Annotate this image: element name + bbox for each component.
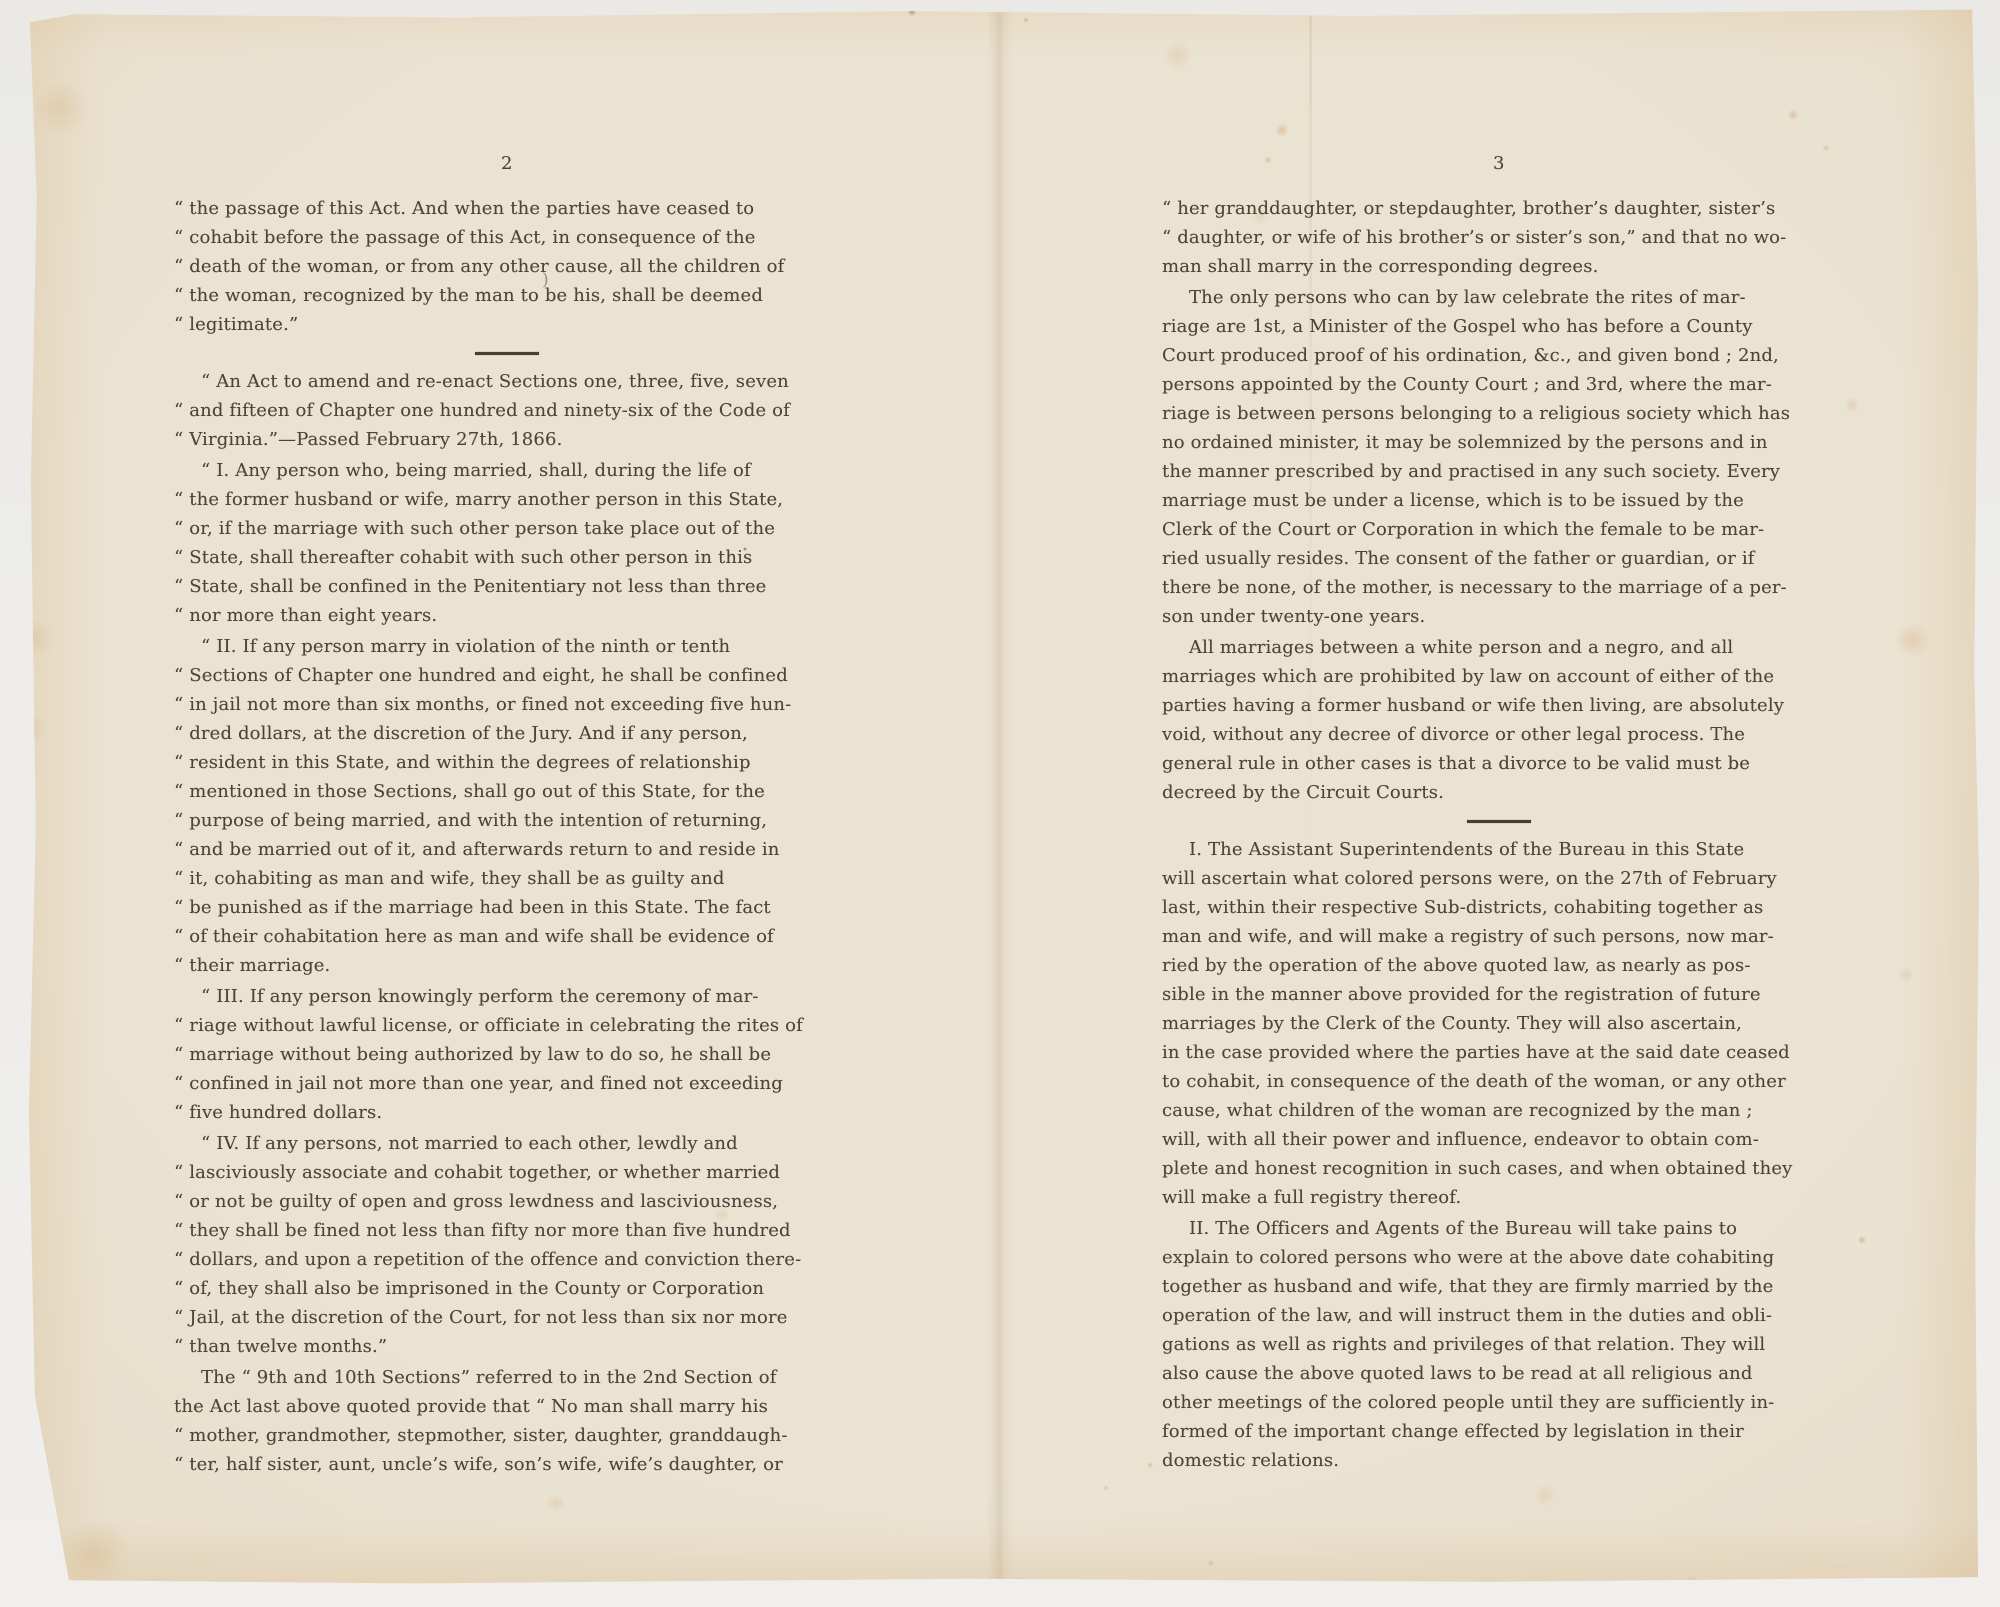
paragraph: “ II. If any person marry in violation o…	[174, 632, 840, 980]
text-line: decreed by the Circuit Courts.	[1162, 778, 1836, 807]
text-line: marriages which are prohibited by law on…	[1162, 662, 1836, 691]
text-line: formed of the important change effected …	[1162, 1417, 1836, 1446]
text-line: Court produced proof of his ordination, …	[1162, 341, 1836, 370]
paragraph: The only persons who can by law celebrat…	[1162, 283, 1836, 631]
paragraph: “ her granddaughter, or stepdaughter, br…	[1162, 194, 1836, 281]
text-line: sible in the manner above provided for t…	[1162, 980, 1836, 1009]
text-line: there be none, of the mother, is necessa…	[1162, 573, 1836, 602]
text-line: void, without any decree of divorce or o…	[1162, 720, 1836, 749]
text-line: ried by the operation of the above quote…	[1162, 951, 1836, 980]
text-line: operation of the law, and will instruct …	[1162, 1301, 1836, 1330]
text-line: the Act last above quoted provide that “…	[174, 1392, 840, 1421]
text-line: “ in jail not more than six months, or f…	[174, 690, 840, 719]
text-line: The only persons who can by law celebrat…	[1162, 283, 1836, 312]
text-line: “ mother, grandmother, stepmother, siste…	[174, 1421, 840, 1450]
text-line: “ Virginia.”—Passed February 27th, 1866.	[174, 425, 840, 454]
text-line: “ than twelve months.”	[174, 1332, 840, 1361]
text-line: “ of, they shall also be imprisoned in t…	[174, 1274, 840, 1303]
text-line: “ III. If any person knowingly perform t…	[174, 982, 840, 1011]
text-line: “ five hundred dollars.	[174, 1098, 840, 1127]
text-line: “ their marriage.	[174, 951, 840, 980]
text-line: the manner prescribed by and practised i…	[1162, 457, 1836, 486]
text-line: man shall marry in the corresponding deg…	[1162, 252, 1836, 281]
page-number: 2	[174, 150, 840, 178]
text-line: “ her granddaughter, or stepdaughter, br…	[1162, 194, 1836, 223]
paragraph: “ I. Any person who, being married, shal…	[174, 456, 840, 630]
text-line: “ lasciviously associate and cohabit tog…	[174, 1158, 840, 1187]
text-line: “ confined in jail not more than one yea…	[174, 1069, 840, 1098]
scan-background: ) 2 “ the passage of this Act. And when …	[0, 0, 2000, 1607]
text-line: All marriages between a white person and…	[1162, 633, 1836, 662]
text-line: marriage must be under a license, which …	[1162, 486, 1836, 515]
text-line: persons appointed by the County Court ; …	[1162, 370, 1836, 399]
text-line: “ legitimate.”	[174, 310, 840, 339]
page-body: “ her granddaughter, or stepdaughter, br…	[1162, 194, 1836, 1475]
section-divider	[1467, 820, 1531, 823]
text-line: riage are 1st, a Minister of the Gospel …	[1162, 312, 1836, 341]
text-line: man and wife, and will make a registry o…	[1162, 922, 1836, 951]
text-line: “ they shall be fined not less than fift…	[174, 1216, 840, 1245]
text-line: “ mentioned in those Sections, shall go …	[174, 777, 840, 806]
text-line: other meetings of the colored people unt…	[1162, 1388, 1836, 1417]
text-line: domestic relations.	[1162, 1446, 1836, 1475]
text-line: The “ 9th and 10th Sections” referred to…	[174, 1363, 840, 1392]
text-line: “ I. Any person who, being married, shal…	[174, 456, 840, 485]
paragraph: “ the passage of this Act. And when the …	[174, 194, 840, 339]
page-body: “ the passage of this Act. And when the …	[174, 194, 840, 1479]
text-line: “ purpose of being married, and with the…	[174, 806, 840, 835]
text-line: “ the former husband or wife, marry anot…	[174, 485, 840, 514]
text-line: son under twenty-one years.	[1162, 602, 1836, 631]
text-line: no ordained minister, it may be solemniz…	[1162, 428, 1836, 457]
text-line: “ or, if the marriage with such other pe…	[174, 514, 840, 543]
text-line: Clerk of the Court or Corporation in whi…	[1162, 515, 1836, 544]
page-2: 2 “ the passage of this Act. And when th…	[174, 150, 840, 1479]
text-line: “ it, cohabiting as man and wife, they s…	[174, 864, 840, 893]
text-line: “ State, shall be confined in the Penite…	[174, 572, 840, 601]
text-line: “ II. If any person marry in violation o…	[174, 632, 840, 661]
text-line: also cause the above quoted laws to be r…	[1162, 1359, 1836, 1388]
text-line: cause, what children of the woman are re…	[1162, 1096, 1836, 1125]
paragraph: II. The Officers and Agents of the Burea…	[1162, 1214, 1836, 1475]
text-line: last, within their respective Sub-distri…	[1162, 893, 1836, 922]
paragraph: All marriages between a white person and…	[1162, 633, 1836, 807]
paragraph: “ IV. If any persons, not married to eac…	[174, 1129, 840, 1361]
text-line: “ dred dollars, at the discretion of the…	[174, 719, 840, 748]
page-3: 3 “ her granddaughter, or stepdaughter, …	[1162, 150, 1836, 1475]
paragraph: I. The Assistant Superintendents of the …	[1162, 835, 1836, 1212]
page-number: 3	[1162, 150, 1836, 178]
text-line: gations as well as rights and privileges…	[1162, 1330, 1836, 1359]
text-line: explain to colored persons who were at t…	[1162, 1243, 1836, 1272]
text-line: “ cohabit before the passage of this Act…	[174, 223, 840, 252]
text-line: riage is between persons belonging to a …	[1162, 399, 1836, 428]
text-line: “ daughter, or wife of his brother’s or …	[1162, 223, 1836, 252]
document-sheet: ) 2 “ the passage of this Act. And when …	[26, 8, 1980, 1585]
text-line: will make a full registry thereof.	[1162, 1183, 1836, 1212]
text-line: “ be punished as if the marriage had bee…	[174, 893, 840, 922]
text-line: “ Jail, at the discretion of the Court, …	[174, 1303, 840, 1332]
text-line: marriages by the Clerk of the County. Th…	[1162, 1009, 1836, 1038]
text-line: “ resident in this State, and within the…	[174, 748, 840, 777]
text-line: “ or not be guilty of open and gross lew…	[174, 1187, 840, 1216]
text-line: “ State, shall thereafter cohabit with s…	[174, 543, 840, 572]
paragraph: “ An Act to amend and re-enact Sections …	[174, 367, 840, 454]
text-line: “ Sections of Chapter one hundred and ei…	[174, 661, 840, 690]
text-line: ried usually resides. The consent of the…	[1162, 544, 1836, 573]
text-line: “ ter, half sister, aunt, uncle’s wife, …	[174, 1450, 840, 1479]
text-line: plete and honest recognition in such cas…	[1162, 1154, 1836, 1183]
text-line: parties having a former husband or wife …	[1162, 691, 1836, 720]
paragraph: The “ 9th and 10th Sections” referred to…	[174, 1363, 840, 1479]
text-line: general rule in other cases is that a di…	[1162, 749, 1836, 778]
text-line: to cohabit, in consequence of the death …	[1162, 1067, 1836, 1096]
text-line: “ nor more than eight years.	[174, 601, 840, 630]
text-line: “ and be married out of it, and afterwar…	[174, 835, 840, 864]
text-line: “ marriage without being authorized by l…	[174, 1040, 840, 1069]
text-line: “ the woman, recognized by the man to be…	[174, 281, 840, 310]
text-line: together as husband and wife, that they …	[1162, 1272, 1836, 1301]
text-line: “ IV. If any persons, not married to eac…	[174, 1129, 840, 1158]
section-divider	[475, 352, 539, 355]
text-line: II. The Officers and Agents of the Burea…	[1162, 1214, 1836, 1243]
text-line: “ of their cohabitation here as man and …	[174, 922, 840, 951]
text-line: will, with all their power and influence…	[1162, 1125, 1836, 1154]
text-line: in the case provided where the parties h…	[1162, 1038, 1836, 1067]
text-line: will ascertain what colored persons were…	[1162, 864, 1836, 893]
text-line: “ and fifteen of Chapter one hundred and…	[174, 396, 840, 425]
text-line: “ riage without lawful license, or offic…	[174, 1011, 840, 1040]
text-line: “ dollars, and upon a repetition of the …	[174, 1245, 840, 1274]
paragraph: “ III. If any person knowingly perform t…	[174, 982, 840, 1127]
text-line: “ the passage of this Act. And when the …	[174, 194, 840, 223]
text-line: I. The Assistant Superintendents of the …	[1162, 835, 1836, 864]
text-line: “ death of the woman, or from any other …	[174, 252, 840, 281]
text-line: “ An Act to amend and re-enact Sections …	[174, 367, 840, 396]
center-fold-crease	[987, 8, 1013, 1585]
